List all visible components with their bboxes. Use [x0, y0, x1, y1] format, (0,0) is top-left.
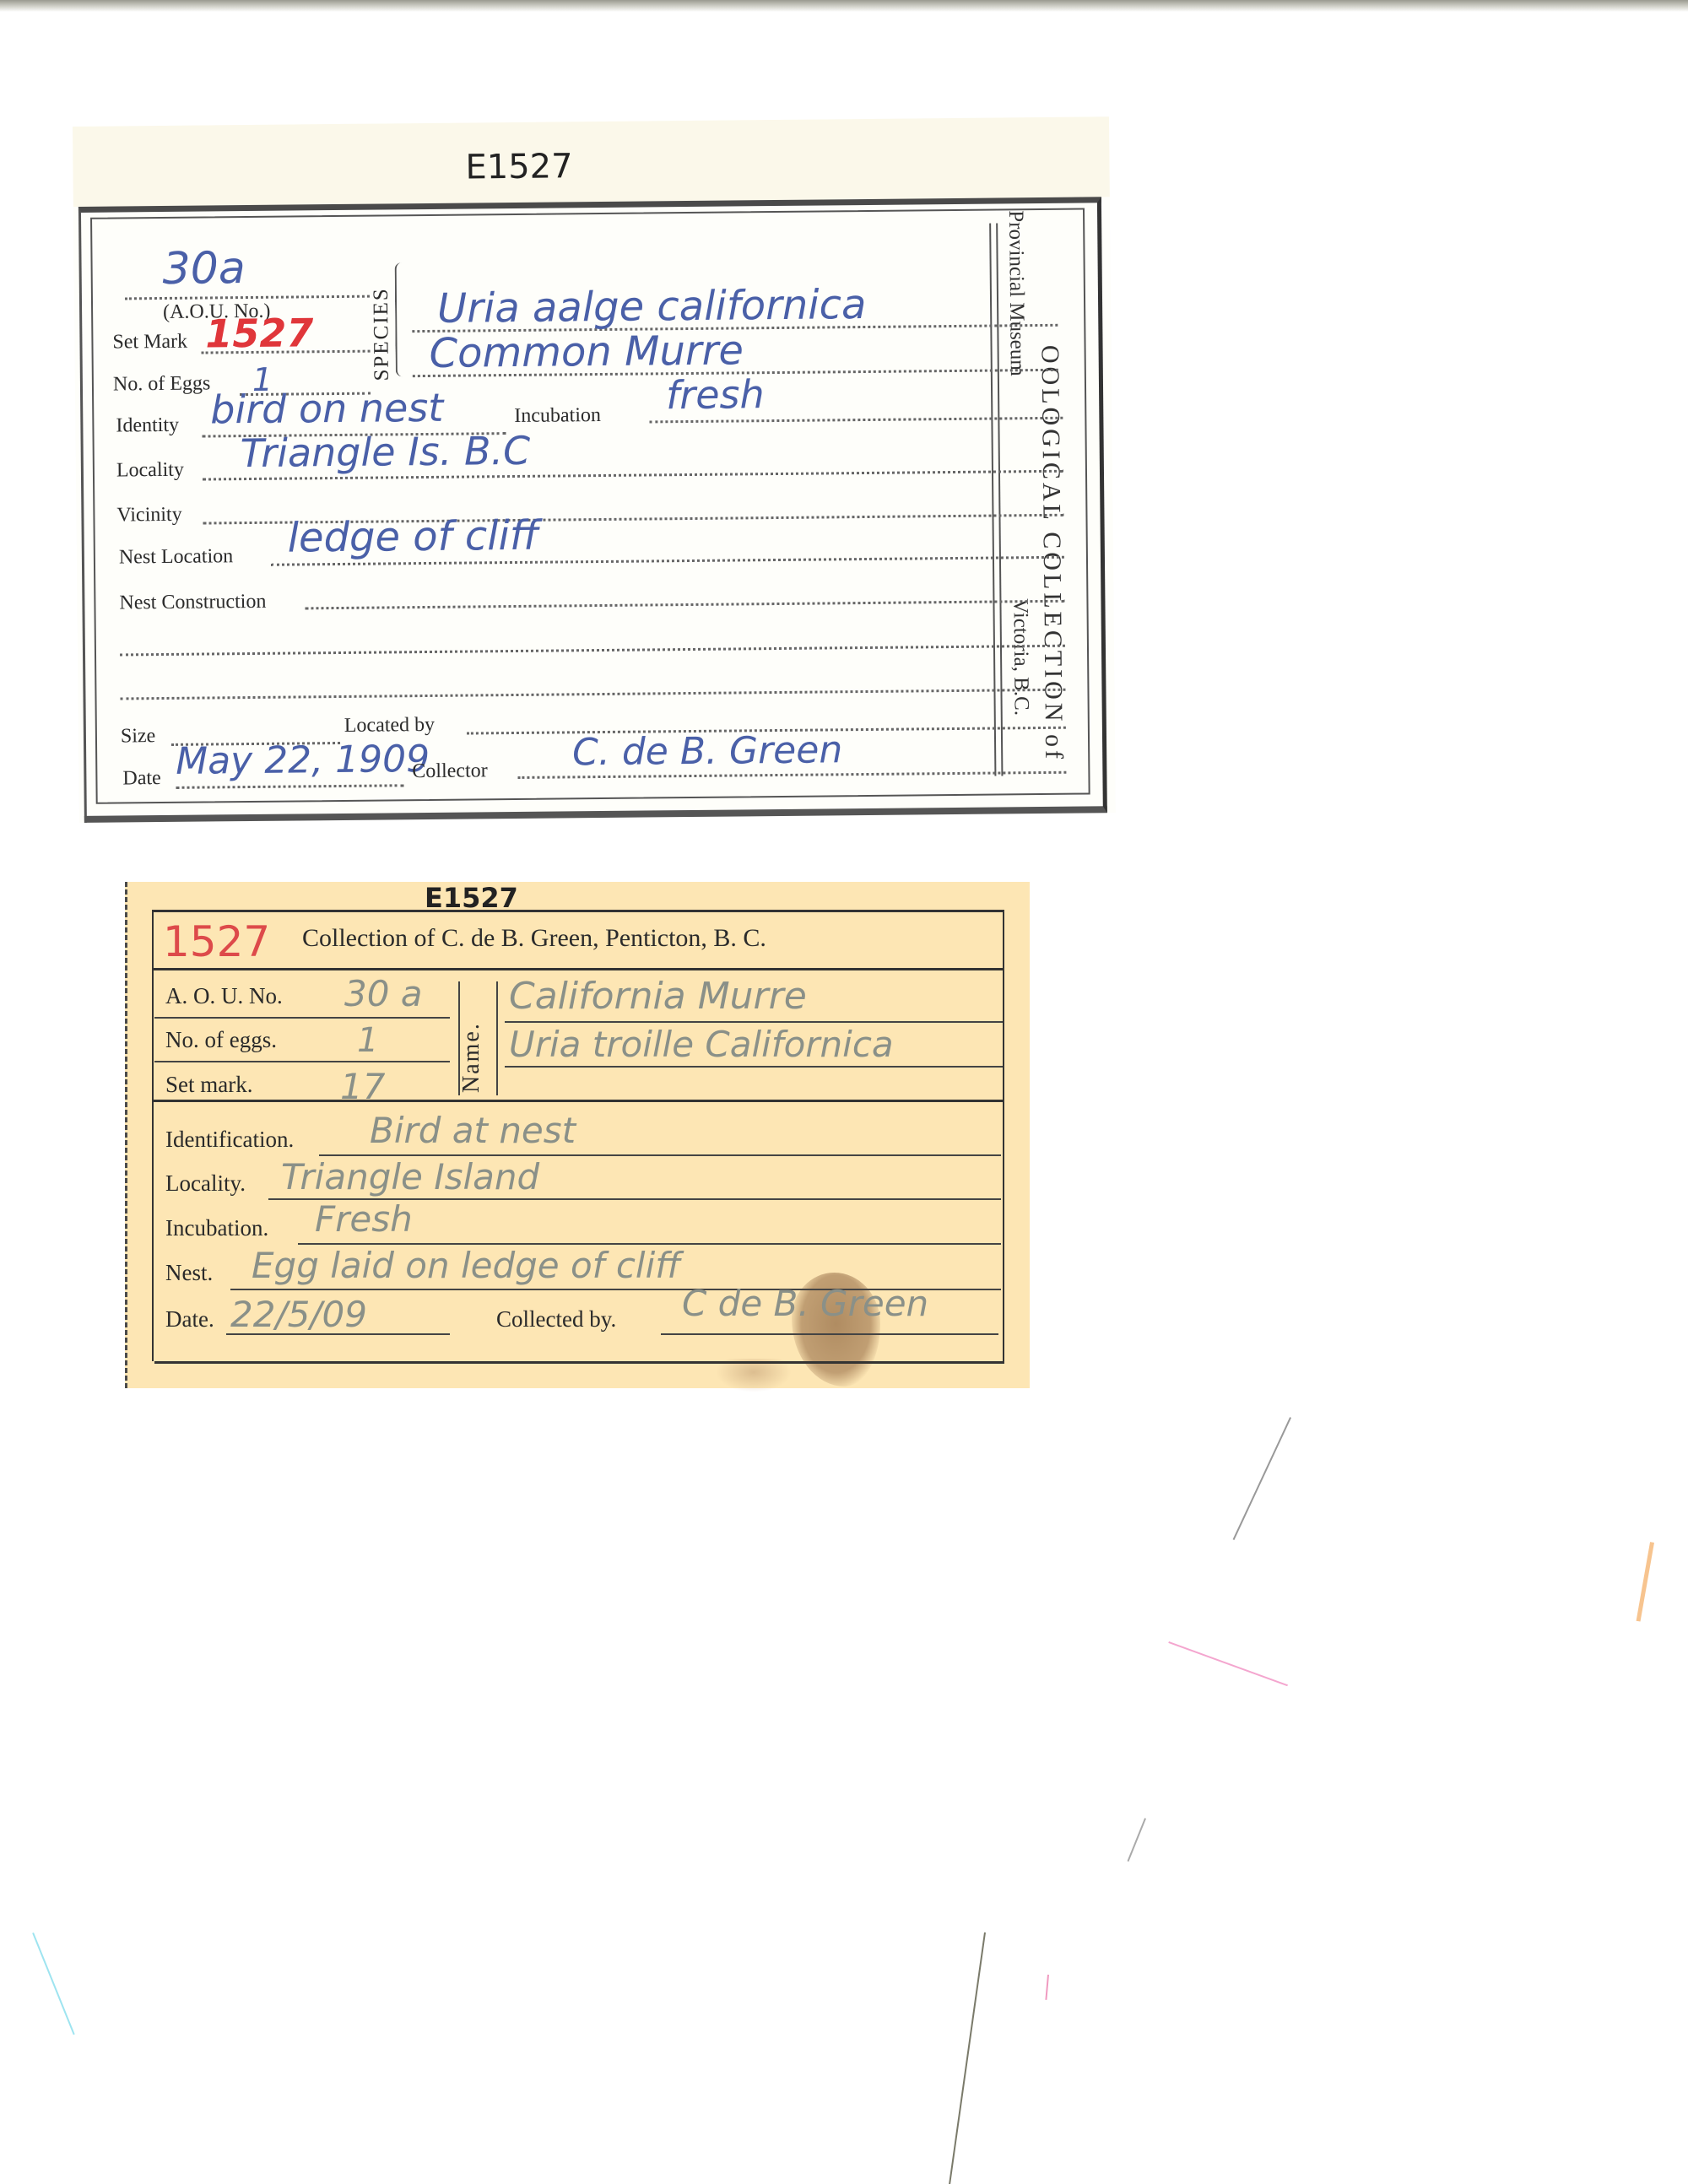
identity-label: Identity: [116, 414, 179, 438]
identity-value: bird on nest: [210, 385, 444, 433]
aou-value: 30 a: [344, 973, 423, 1014]
aou-value: 30a: [162, 243, 246, 295]
set-mark-value: 1527: [205, 310, 314, 356]
collector-data-card: E1527 1527 Collection of C. de B. Green,…: [125, 882, 1030, 1388]
incubation-value: Fresh: [315, 1198, 413, 1240]
name-common: California Murre: [509, 975, 807, 1018]
locality-value: Triangle Is. B.C: [240, 428, 530, 476]
scan-artifact: [1045, 1975, 1049, 2000]
date-value: May 22, 1909: [176, 738, 430, 783]
nest-location-value: ledge of cliff: [287, 512, 538, 562]
vicinity-label: Vicinity: [116, 504, 181, 527]
set-mark-label: Set Mark: [112, 331, 187, 354]
nest-construction-label: Nest Construction: [119, 591, 266, 615]
name-scientific: Uria troille Californica: [509, 1024, 894, 1065]
nest-location-label: Nest Location: [119, 545, 234, 569]
collection-title: OOLOGICAL COLLECTION of: [1036, 345, 1069, 762]
locality-value: Triangle Island: [281, 1156, 539, 1197]
card-header: Collection of C. de B. Green, Penticton,…: [302, 924, 766, 953]
species-common: Common Murre: [429, 327, 744, 377]
locality-label: Locality: [116, 459, 184, 483]
scan-artifact: [1233, 1417, 1291, 1540]
scan-artifact: [949, 1933, 986, 2184]
set-mark-label: Set mark.: [165, 1072, 252, 1098]
scan-artifact: [32, 1933, 75, 2035]
eggs-label: No. of eggs.: [165, 1027, 277, 1053]
collected-by-label: Collected by.: [496, 1306, 616, 1333]
size-label: Size: [121, 725, 156, 748]
date-label: Date: [122, 767, 161, 790]
incubation-label: Incubation: [514, 404, 601, 428]
perforated-edge: [125, 882, 127, 1388]
red-number: 1527: [163, 917, 270, 966]
nest-label: Nest.: [165, 1260, 213, 1286]
date-value: 22/5/09: [230, 1294, 367, 1335]
museum-place: Victoria, B.C.: [1008, 598, 1032, 716]
collector-label: Collector: [412, 760, 488, 783]
date-label: Date.: [165, 1306, 214, 1333]
museum-name: Provincial Museum: [1004, 210, 1029, 376]
identification-label: Identification.: [165, 1127, 294, 1153]
aou-label: A. O. U. No.: [165, 983, 283, 1009]
eggs-value: 1: [357, 1021, 378, 1060]
scan-artifact: [1168, 1641, 1288, 1686]
collector-value: C. de B. Green: [572, 728, 843, 774]
locality-label: Locality.: [165, 1170, 246, 1197]
scan-artifact: [1637, 1542, 1654, 1621]
catalog-number: E1527: [465, 147, 573, 187]
scan-artifact: [1128, 1818, 1146, 1862]
incubation-value: fresh: [666, 371, 765, 418]
species-label: SPECIES: [370, 287, 394, 381]
incubation-label: Incubation.: [165, 1215, 268, 1241]
species-scientific: Uria aalge californica: [437, 281, 867, 332]
collected-by-value: C de B. Green: [682, 1283, 928, 1324]
eggs-label: No. of Eggs: [113, 372, 211, 396]
name-label: Name.: [458, 1022, 485, 1093]
located-by-label: Located by: [344, 714, 436, 738]
museum-data-card: E1527 OOLOGICAL COLLECTION of Provincial…: [73, 116, 1116, 827]
identification-value: Bird at nest: [370, 1110, 576, 1151]
scan-edge: [0, 0, 1688, 12]
nest-value: Egg laid on ledge of cliff: [252, 1245, 681, 1286]
